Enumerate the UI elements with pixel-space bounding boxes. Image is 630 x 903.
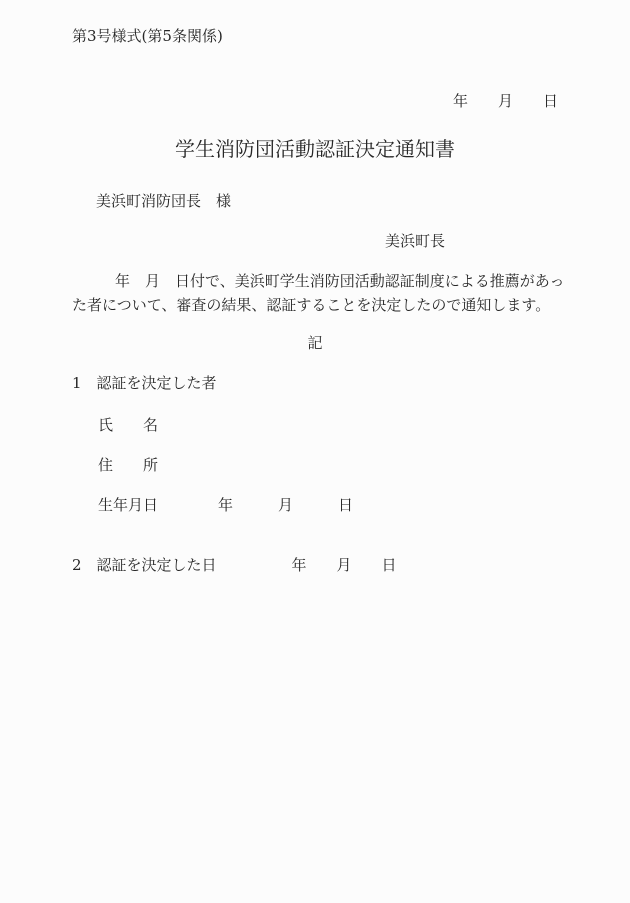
form-number-label: 第3号様式(第5条関係) — [72, 29, 558, 44]
notification-document-page: 第3号様式(第5条関係) 年 月 日 学生消防団活動認証決定通知書 美浜町消防団… — [0, 0, 630, 903]
record-marker: 記 — [72, 336, 558, 351]
field-name-label: 氏 名 — [72, 418, 558, 433]
body-paragraph-line-1: 年 月 日付で、美浜町学生消防団活動認証制度による推薦があっ — [72, 269, 558, 293]
field-birthdate-label: 生年月日 年 月 日 — [72, 498, 558, 513]
sender-line: 美浜町長 — [72, 234, 558, 249]
field-address-label: 住 所 — [72, 458, 558, 473]
body-paragraph-line-2: た者について、審査の結果、認証することを決定したので通知します。 — [72, 293, 558, 317]
body-paragraph: 年 月 日付で、美浜町学生消防団活動認証制度による推薦があっ た者について、審査… — [72, 269, 558, 317]
addressee-line: 美浜町消防団長 様 — [72, 194, 558, 209]
document-title: 学生消防団活動認証決定通知書 — [72, 139, 558, 159]
item2-heading: 2 認証を決定した日 年 月 日 — [72, 558, 558, 573]
issue-date-blank: 年 月 日 — [72, 94, 558, 109]
item1-heading: 1 認証を決定した者 — [72, 376, 558, 391]
